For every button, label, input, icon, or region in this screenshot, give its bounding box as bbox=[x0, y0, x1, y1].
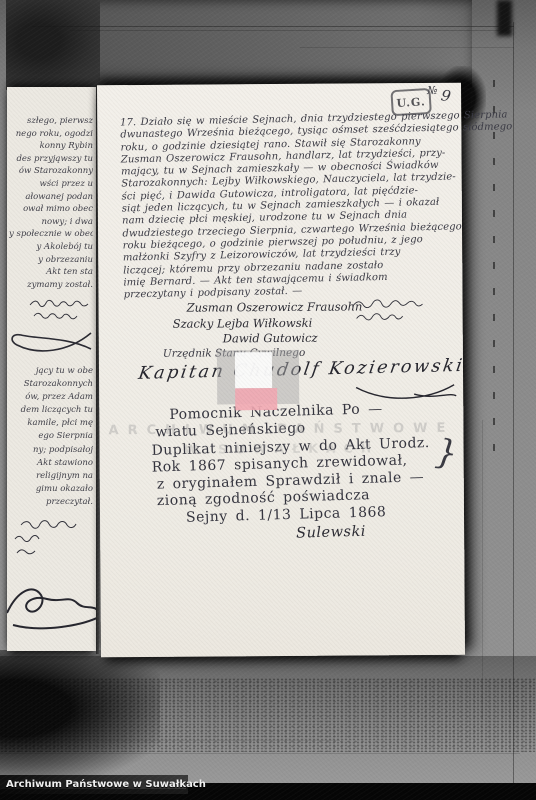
left-line: zymamy został. bbox=[9, 279, 93, 292]
pencil-frame-line bbox=[300, 47, 514, 48]
left-line: wści przez u bbox=[9, 178, 93, 191]
pencil-frame-line bbox=[32, 26, 514, 27]
left-page-text-top: szłego, pierwsz nego roku, ogodzi konny … bbox=[9, 115, 93, 291]
left-page-fragment: szłego, pierwsz nego roku, ogodzi konny … bbox=[7, 87, 96, 651]
left-line: Starozakonnych bbox=[9, 378, 93, 391]
watermark-text-line1: ARCHIWUM PAŃSTWOWE bbox=[99, 421, 463, 439]
left-line: des przyjąwszy tu bbox=[9, 153, 93, 166]
witness-signature: Zusman Oszerowicz Frausohn bbox=[187, 299, 363, 314]
pencil-frame-line bbox=[70, 30, 500, 31]
folio-number: № 9 bbox=[427, 79, 438, 98]
pencil-tick-line bbox=[493, 80, 495, 462]
left-line: ował mimo obec bbox=[9, 203, 93, 216]
left-line: konny Rybin bbox=[9, 140, 93, 153]
left-line: nego roku, ogodzi bbox=[9, 128, 93, 141]
record-text: 17. Działo się w mieście Sejnach, dnia t… bbox=[120, 110, 462, 301]
left-page-text-bottom: jący tu w obe Starozakonnych ów, przez A… bbox=[9, 365, 93, 509]
pencil-frame-line bbox=[40, 740, 340, 741]
left-line: y obrzezaniu bbox=[9, 254, 93, 267]
logo-red-square bbox=[235, 388, 277, 410]
hebrew-signature-squiggle-icon bbox=[13, 517, 88, 563]
left-line: ny; podpisałoj bbox=[9, 444, 93, 457]
left-line: religijnym na bbox=[9, 470, 93, 483]
left-line: y Akolebój tu bbox=[9, 241, 93, 254]
small-signature-squiggle-icon bbox=[28, 297, 90, 323]
signature-flourish-icon bbox=[7, 327, 93, 357]
dark-blotch bbox=[0, 650, 160, 780]
witness-signature: Szacky Lejba Wiłkowski bbox=[173, 316, 313, 331]
left-line: kamile, płci mę bbox=[9, 417, 93, 430]
pencil-frame-line bbox=[482, 420, 483, 720]
photo-dark-corner bbox=[6, 0, 100, 90]
archive-label-band: Archiwum Państwowe w Suwałkach bbox=[0, 775, 188, 794]
numero-symbol: № bbox=[427, 84, 438, 97]
left-line: jący tu w obe bbox=[9, 365, 93, 378]
logo-white-square bbox=[235, 352, 272, 388]
pencil-frame-line bbox=[0, 753, 520, 754]
small-signature-squiggle-icon bbox=[350, 297, 428, 328]
left-line: ego Sierpnia bbox=[9, 430, 93, 443]
left-line: Akt ten sta bbox=[9, 266, 93, 279]
state-archives-logo-watermark bbox=[217, 350, 299, 411]
left-line: szłego, pierwsz bbox=[9, 115, 93, 128]
left-line: przeczytał. bbox=[9, 496, 93, 509]
left-line: ów Starozakonny bbox=[9, 165, 93, 178]
left-line: ów, przez Adam bbox=[9, 391, 93, 404]
archive-label: Archiwum Państwowe w Suwałkach bbox=[0, 775, 188, 794]
pencil-frame-line bbox=[513, 22, 514, 784]
witness-signature: Dawid Gutowicz bbox=[223, 331, 318, 346]
signature-flourish-icon bbox=[354, 381, 458, 404]
left-line: Akt stawiono bbox=[9, 457, 93, 470]
film-streak bbox=[497, 0, 512, 36]
left-line: dem liczących tu bbox=[9, 404, 93, 417]
archival-scan: szłego, pierwsz nego roku, ogodzi konny … bbox=[0, 0, 536, 800]
left-line: nowy; i dwa bbox=[9, 216, 93, 229]
folio-digit: 9 bbox=[440, 86, 452, 105]
watermark-text-line2: W SUWAŁKACH bbox=[100, 440, 464, 458]
left-line: y społecznie w obec bbox=[9, 228, 93, 241]
document-page: U.G. № 9 17. Działo się w mieście Sejnac… bbox=[97, 83, 465, 658]
left-line: ałowanej podan bbox=[9, 191, 93, 204]
verifier-signature: Sulewski bbox=[296, 524, 366, 542]
large-signature-flourish-icon bbox=[7, 573, 96, 635]
left-line: gimu okazało bbox=[9, 483, 93, 496]
registrar-signature: Kapitan Chudolf Kozierowski bbox=[137, 356, 466, 384]
